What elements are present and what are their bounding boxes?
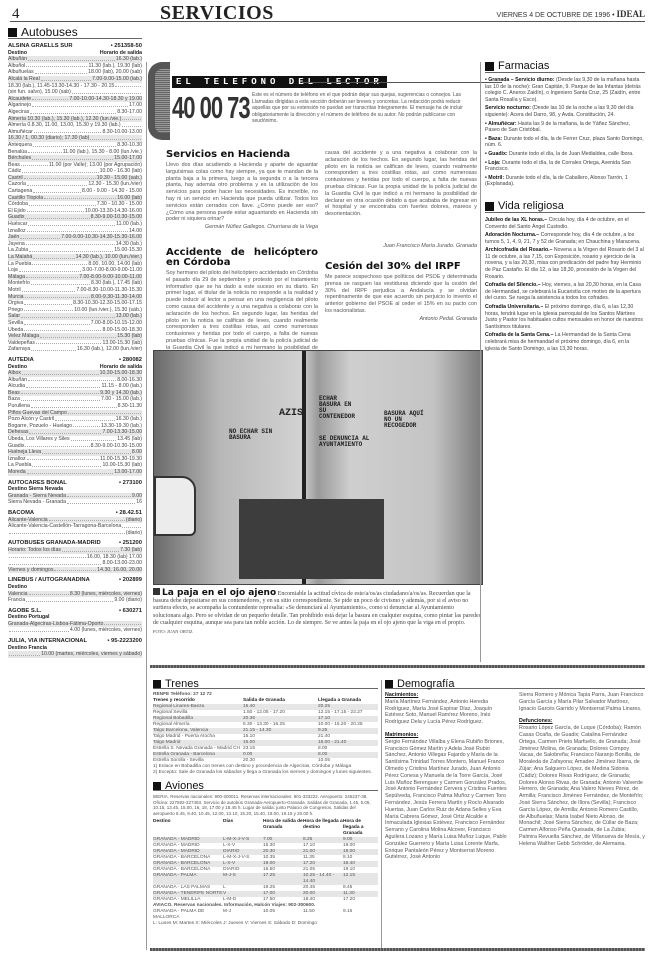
bus-company-header: AGOBE S.L.• 630271 bbox=[8, 608, 142, 615]
graffiti-text: SE DENUNCIA AL AYUNTAMIENTO bbox=[319, 436, 374, 448]
departure-times: 17.00 bbox=[129, 102, 142, 109]
autobuses-heading: Autobuses bbox=[8, 28, 142, 39]
bus-route-row: Albuñol11.30 (lab.), 19.30 (lab) bbox=[8, 63, 142, 70]
leader-dots bbox=[55, 416, 115, 421]
departure-times: 8.00-13.00-23.00 bbox=[102, 560, 142, 567]
destination: Albuñán bbox=[8, 377, 27, 384]
destination: Benalúa bbox=[8, 149, 27, 156]
destination: Salar bbox=[8, 313, 20, 320]
square-bullet-icon bbox=[385, 680, 393, 688]
leader-dots bbox=[40, 333, 116, 338]
destination: Alicante-Valencia-Castellón-Tarragona-Ba… bbox=[8, 523, 121, 530]
departure-times: 7.00-9.00-10.30-14.30-15.30-16.00 bbox=[61, 234, 142, 241]
demografia-col-2: Sierra Romero y Mónica Tapia Parra, Juan… bbox=[519, 692, 645, 947]
bus-route-row: Dehesas7.00-13.30-15.00 bbox=[8, 429, 142, 436]
leader-dots bbox=[26, 383, 100, 388]
news-photo: NO ECHAR SIN BASURA AZIS ECHAR BASURA EN… bbox=[153, 350, 483, 585]
bus-route-row: Moreda13.00-17.00 bbox=[8, 469, 142, 476]
company-phone: • 95-2223200 bbox=[107, 638, 142, 645]
leader-dots bbox=[33, 188, 81, 193]
departure-times: (diario) bbox=[126, 517, 142, 524]
bus-route-row: Úbeda8.00-15.00-18.30 bbox=[8, 327, 142, 334]
bus-route-row: Córdoba7.30 - 10.30 - 15.00 bbox=[8, 201, 142, 208]
bus-route-row: Granada-Algeciras-Lisboa-Fátima-Oporto bbox=[8, 621, 142, 628]
farmacias-item: Servicio nocturno: (Desde las 10 de la n… bbox=[485, 105, 645, 118]
article-irpf: Cesión del 30% del IRPF Me parece sospec… bbox=[325, 262, 477, 323]
destination: Dehesas bbox=[8, 429, 28, 436]
departure-times: 7.30 - 10.30 - 15.00 bbox=[97, 201, 142, 208]
item-label: • Almuñécar: bbox=[485, 121, 517, 127]
bus-route-row: Antequera8.30-10.30 bbox=[8, 142, 142, 149]
departure-times: 9.00 (diario) bbox=[114, 597, 142, 604]
leader-dots bbox=[115, 83, 141, 88]
defunciones-text: Rosario López García, de Luque (Córdoba)… bbox=[519, 725, 645, 847]
item-text: Durante todo el día, la de Caballero, Al… bbox=[485, 175, 628, 188]
company-phone: • 251200 bbox=[119, 540, 142, 547]
leader-dots bbox=[25, 214, 89, 219]
destination: Castril bbox=[8, 175, 23, 182]
destination: Bérchules bbox=[8, 155, 31, 162]
leader-dots bbox=[41, 76, 91, 81]
departure-times: 10.00 - 16.30 (lab) bbox=[100, 168, 142, 175]
destination: Guadix bbox=[8, 443, 24, 450]
bus-route-row: Sevilla7.00-8.00-10.15-12.00 bbox=[8, 320, 142, 327]
trenes-heading: Trenes bbox=[153, 680, 378, 689]
trenes-aviones-section: Trenes RENFE Teléfono: 27 12 72 Trenes y… bbox=[153, 680, 378, 927]
destination: Cartagena bbox=[8, 188, 32, 195]
farmacias-item: • Almuñécar: Hasta las 9 de la mañana, l… bbox=[485, 121, 645, 134]
destination: Málaga bbox=[8, 274, 25, 281]
newspaper-brand: IDEAL bbox=[616, 9, 645, 19]
nacimientos-label: Nacimientos: bbox=[385, 692, 418, 698]
bus-company-header: ALSINA GRAELLS SUR• 251358-50 bbox=[8, 43, 142, 50]
leader-dots bbox=[31, 403, 117, 408]
company-name: AUTEDIA bbox=[8, 357, 34, 364]
farmacias-list: • Granada – Servicio diurno: (Desde las … bbox=[485, 77, 645, 188]
destination: Cazorla bbox=[8, 181, 26, 188]
destination: Motril bbox=[8, 287, 21, 294]
bus-route-row: Guadix8.30-9.00-10.30-15.00 bbox=[8, 214, 142, 221]
leader-dots bbox=[29, 201, 96, 206]
destination: Almería 10.30 (lab.), 15.30 (lab.), 12.3… bbox=[8, 116, 121, 123]
bus-route-row: Motril7.00-8.30-10.00-11.30-15.30 bbox=[8, 287, 142, 294]
departure-times: 8.00, 10.00, 14.00 (lab) bbox=[88, 261, 142, 268]
leader-dots bbox=[26, 597, 113, 602]
item-label: Servicio nocturno: bbox=[485, 105, 531, 111]
column-divider bbox=[381, 680, 382, 950]
item-text: Durante todo el día, la de Ferrer Cruz, … bbox=[485, 136, 644, 149]
article-helicoptero-cont: causa del accidente y a una negativa a c… bbox=[325, 150, 477, 250]
bus-route-row: Cartagena8.00 - 9.00 - 14.30 - 15.00 bbox=[8, 188, 142, 195]
issue-date: VIERNES 4 DE OCTUBRE DE 1996 • IDEAL bbox=[497, 9, 645, 19]
bus-route-row: Montefrío8.30 (lab.), 17.45 (lab) bbox=[8, 280, 142, 287]
departure-times: 11.00 (lab.), 15.30 - 8.00 (lun./vie.) bbox=[63, 149, 142, 156]
destination: Bogarre, Pozuelo - Huelago bbox=[8, 423, 72, 430]
departure-times: 8.30-9.00-10.30-15.00 bbox=[91, 443, 142, 450]
destination: Úbeda, Los Villares y Siles bbox=[8, 436, 70, 443]
destination: Beas bbox=[8, 390, 20, 397]
departure-times: 7.00-10.00-14.30-18.30 y 19.00 bbox=[69, 96, 142, 103]
leader-dots bbox=[122, 523, 141, 528]
departure-times: 8.00 bbox=[132, 449, 142, 456]
bus-route-row: Almería 0.8.30, 11.00, 13.00, 15.30 y 19… bbox=[8, 122, 142, 129]
article-title: Servicios en Hacienda bbox=[166, 150, 318, 160]
departure-times: 14.30 (lab.), 10.00 (lun./vier.) bbox=[76, 254, 142, 261]
destination: Castillo Tiopola bbox=[8, 195, 43, 202]
square-bullet-icon bbox=[485, 62, 494, 71]
bus-route-row: Jaén7.00-9.00-10.30-14.30-15.30-16.00 bbox=[8, 234, 142, 241]
company-name: JULIA, VIA INTERNACIONAL bbox=[8, 638, 87, 645]
departure-times: 15.00-15.30 bbox=[114, 247, 142, 254]
item-label: Archicofradía del Rosario.– bbox=[485, 247, 552, 253]
destination: 18.30 (lab.), 11.45-13.30-14.30 - 17.30 … bbox=[8, 83, 114, 90]
leader-dots bbox=[25, 294, 90, 299]
farmacias-heading: Farmacias bbox=[485, 62, 645, 73]
leader-dots bbox=[54, 567, 96, 572]
company-name: AUTOBUSES GRANADA-MADRID bbox=[8, 540, 101, 547]
column-divider bbox=[480, 62, 481, 662]
matrimonios-text: Sergio Fernández Villalba y Elena Rubiño… bbox=[385, 739, 511, 861]
leader-dots bbox=[72, 89, 141, 94]
destination: Jayena bbox=[8, 241, 25, 248]
destination: Pozo Alcón y Castril bbox=[8, 416, 54, 423]
leader-dots bbox=[90, 135, 141, 140]
leader-dots bbox=[31, 346, 76, 351]
leader-dots bbox=[32, 102, 128, 107]
leader-dots bbox=[19, 267, 81, 272]
leader-dots bbox=[24, 175, 96, 180]
leader-dots bbox=[67, 499, 135, 504]
leader-dots bbox=[28, 221, 115, 226]
bus-route-row: Viernes y domingos14.30, 16.00, 20.00 bbox=[8, 567, 142, 574]
bus-route-row: Albuñán16.30 (lab.) bbox=[8, 56, 142, 63]
destination: Huéscar bbox=[8, 221, 27, 228]
destination: Alcalá la Real bbox=[8, 76, 40, 83]
bus-route-row: Úbeda, Los Villares y Siles13.45 (lab) bbox=[8, 436, 142, 443]
departure-times: 14.00 bbox=[129, 228, 142, 235]
bus-route-row: Benalúa11.00 (lab.), 15.30 - 8.00 (lun./… bbox=[8, 149, 142, 156]
leader-dots bbox=[73, 423, 100, 428]
religiosa-item: Cofradía Universitaria.– El próximo domi… bbox=[485, 304, 645, 330]
leader-dots bbox=[21, 390, 99, 395]
bus-route-row: La Puebla8.00, 10.00, 14.00 (lab) bbox=[8, 261, 142, 268]
destination: Algarinejo bbox=[8, 102, 31, 109]
departure-times: 13.30-19.30 (lab.) bbox=[101, 423, 142, 430]
bus-route-row: Iznalloz11.00-15.30-19.30 bbox=[8, 456, 142, 463]
departure-times: 10.00-13.30-14.30-16.00 bbox=[85, 208, 142, 215]
item-label: Jubileo de las XL horas.– bbox=[485, 217, 547, 223]
leader-dots bbox=[22, 287, 76, 292]
leader-dots bbox=[24, 320, 89, 325]
departure-times: 10.00-15.30 (lab) bbox=[102, 462, 142, 469]
square-bullet-icon bbox=[8, 28, 17, 37]
destination: Purullena bbox=[8, 403, 30, 410]
destination: Córdoba bbox=[8, 201, 28, 208]
destination: Piños Guevas del Campo bbox=[8, 410, 67, 417]
leader-dots bbox=[31, 280, 90, 285]
destination: Montefrío bbox=[8, 280, 30, 287]
bus-route-row: 16.00, 18.30 (lab) 17.00 bbox=[8, 554, 142, 561]
religiosa-item: Jubileo de las XL horas.– Circula hoy, d… bbox=[485, 217, 645, 230]
departure-times: 8.00-16.30 bbox=[117, 377, 142, 384]
departure-times: 7.00-9.00-15.00 (lab.) bbox=[92, 76, 142, 83]
departure-times: 7.00-8.00-10.15-12.00 bbox=[91, 320, 142, 327]
destination: (sin fun. salvo), 15.00 (sab) bbox=[8, 89, 71, 96]
article-body: Me parece sospechoso que políticos del P… bbox=[325, 274, 477, 315]
article-title: Cesión del 30% del IRPF bbox=[325, 262, 477, 272]
destination: Beas bbox=[8, 162, 20, 169]
bus-route-row: Beas9.30 y 14.30 (lab.) bbox=[8, 390, 142, 397]
departure-times: 15.30 (lab) bbox=[117, 333, 142, 340]
destination: La Zubia bbox=[8, 247, 28, 254]
destination: Horario: Todos los días bbox=[8, 547, 61, 554]
aviaco-row: GRANADA - PALMA DE MALLORCAM-J10.0511.50… bbox=[153, 909, 378, 921]
leader-dots bbox=[20, 234, 60, 239]
religiosa-list: Jubileo de las XL horas.– Circula hoy, d… bbox=[485, 217, 645, 352]
leader-dots bbox=[9, 530, 125, 535]
telephone-handset-icon bbox=[148, 62, 170, 140]
leader-dots bbox=[34, 129, 102, 134]
nacimientos-text: María Martínez Fernández, Antonio Heredi… bbox=[385, 699, 511, 726]
article-helicoptero: Accidente de helicóptero en Córdoba Soy … bbox=[166, 248, 318, 358]
bus-route-row: Loja3.00-7.00-8.00-9.00-11.00 bbox=[8, 267, 142, 274]
section-divider-bar bbox=[150, 665, 645, 668]
bus-route-row: Alcalá la Real7.00-9.00-15.00 (lab.) bbox=[8, 76, 142, 83]
page-header: 4 SERVICIOS VIERNES 4 DE OCTUBRE DE 1996… bbox=[10, 0, 645, 22]
aviones-table: GRANADA - MADRIDL-M-X-J-V-S7.008.259.00G… bbox=[153, 837, 378, 903]
bus-route-row: 16.30 / 1, 00.30 (diario); 17.30 (lab) bbox=[8, 135, 142, 142]
bus-table-header: Destino Francia bbox=[8, 645, 142, 652]
destination: La Malahá bbox=[8, 254, 32, 261]
departure-times: 9.30 y 14.30 (lab.) bbox=[100, 390, 142, 397]
destination: Albuñán bbox=[8, 56, 27, 63]
leader-dots bbox=[32, 96, 68, 101]
bus-route-row: Almería 10.30 (lab.), 15.30 (lab.), 12.3… bbox=[8, 116, 142, 123]
bus-route-row: Murcia8.00-9.30-11.30-14.00 bbox=[8, 294, 142, 301]
destination: Valdepeñas bbox=[8, 340, 35, 347]
leader-dots bbox=[62, 547, 119, 552]
departure-times: 8.30 (lunes, miércoles, viernes) bbox=[70, 591, 142, 598]
bus-route-row: Salar13.00 (lab.) bbox=[8, 313, 142, 320]
destination: Iznalloz bbox=[8, 456, 26, 463]
item-label: Adoración Nocturna.– bbox=[485, 232, 539, 238]
leader-dots bbox=[29, 247, 113, 252]
days-legend: L: Lunes M: Martes X: Miércoles J: Jueve… bbox=[153, 921, 378, 927]
destination: Huéneja Lleva bbox=[8, 449, 41, 456]
leader-dots bbox=[27, 181, 87, 186]
destination: Granada-Algeciras-Lisboa-Fátima-Oporto bbox=[8, 621, 103, 628]
leader-dots bbox=[26, 241, 115, 246]
bus-company-header: BACOMA• 28.42.51 bbox=[8, 510, 142, 517]
departure-times: 10.30-15.00-18.30 bbox=[100, 370, 142, 377]
bus-route-row: Horario: Todos los días7.30 (lab) bbox=[8, 547, 142, 554]
leader-dots bbox=[68, 410, 141, 415]
departure-times: 11.30 (lab.), 19.30 (lab) bbox=[88, 63, 142, 70]
matrimonios-text-cont: Sierra Romero y Mónica Tapia Parra, Juan… bbox=[519, 692, 645, 712]
company-phone: • 273100 bbox=[119, 480, 142, 487]
graffiti-text: NO ECHAR SIN BASURA bbox=[229, 429, 274, 441]
departure-times: 13.45 (lab) bbox=[117, 436, 142, 443]
departure-times: 16.00, 18.30 (lab) 17.00 bbox=[87, 554, 142, 561]
departure-times: 7.00 - 15.00 (lab.) bbox=[101, 396, 142, 403]
leader-dots bbox=[29, 591, 69, 596]
aviones-heading: Aviones bbox=[153, 782, 378, 791]
bus-route-row: Priego10.00 (lun./vier.), 15.30 (sáb.) bbox=[8, 307, 142, 314]
departure-times: 12.30 - 15.30 (lun./vier) bbox=[88, 181, 142, 188]
company-name: AUTOCARES BONAL bbox=[8, 480, 67, 487]
destination: Velez Málaga bbox=[8, 333, 39, 340]
leader-dots bbox=[49, 517, 125, 522]
leader-dots bbox=[33, 142, 116, 147]
column-divider bbox=[146, 62, 147, 950]
company-name: LINEBUS / AUTOGRANADINA bbox=[8, 577, 90, 584]
item-text: Durante todo el día, la de Corrales Orte… bbox=[485, 160, 631, 173]
destination: Baza bbox=[8, 396, 20, 403]
matrimonios-label: Matrimonios: bbox=[385, 732, 418, 738]
leader-dots bbox=[35, 69, 87, 74]
departure-times: 16 bbox=[136, 499, 142, 506]
leader-dots bbox=[67, 493, 131, 498]
religiosa-heading: Vida religiosa bbox=[485, 202, 645, 213]
destination: Úbeda bbox=[8, 327, 23, 334]
departure-times: 7.00-8.00-9.00-10.00-11.00 bbox=[79, 274, 142, 281]
bus-route-row: Iznalloz14.00 bbox=[8, 228, 142, 235]
company-name: AGOBE S.L. bbox=[8, 608, 42, 615]
leader-dots bbox=[24, 300, 72, 305]
demografia-heading: Demografía bbox=[385, 680, 645, 689]
bus-route-row: La Puebla10.00-15.30 (lab) bbox=[8, 462, 142, 469]
destination: Albox bbox=[8, 370, 21, 377]
square-bullet-icon bbox=[153, 588, 160, 595]
religiosa-item: Cofradía del Silencio.– Hoy, viernes, a … bbox=[485, 282, 645, 302]
item-label: • Baza: bbox=[485, 136, 502, 142]
destination: Alcaudete bbox=[8, 96, 31, 103]
company-phone: • 28.42.51 bbox=[116, 510, 142, 517]
demografia-section: Demografía Nacimientos: María Martínez F… bbox=[385, 680, 645, 947]
departure-times: 13.00 (lab.) bbox=[116, 313, 142, 320]
article-signature: Antonio Pedal. Granada bbox=[325, 316, 477, 323]
leader-dots bbox=[22, 168, 98, 173]
destination: Sierra Nevada - Granada bbox=[8, 499, 66, 506]
leader-dots bbox=[27, 469, 114, 474]
article-signature: Germán Núñez Gallegos. Churriana de la V… bbox=[166, 224, 318, 231]
bus-route-row: 18.30 (lab.), 11.45-13.30-14.30 - 17.30 … bbox=[8, 83, 142, 90]
leader-dots bbox=[28, 377, 116, 382]
departure-times: 8.30 (lab.), 17.45 (lab) bbox=[91, 280, 142, 287]
bus-table-header: Destino Portugal bbox=[8, 614, 142, 621]
bottom-divider-bar bbox=[150, 948, 645, 951]
departure-times: 13.00-15.30 (lab) bbox=[102, 340, 142, 347]
departure-times: 16.30 (lab.) bbox=[116, 416, 142, 423]
aviones-table-header: DestinoDíasHora de salida de GranadaHora… bbox=[153, 819, 378, 837]
leader-dots bbox=[24, 327, 101, 332]
article-title: Accidente de helicóptero en Córdoba bbox=[166, 248, 318, 268]
leader-dots bbox=[42, 449, 131, 454]
destination: El Ejido bbox=[8, 208, 26, 215]
bus-route-row: Alcaudete7.00-10.00-14.30-18.30 y 19.00 bbox=[8, 96, 142, 103]
bus-route-row: Castril10.30 - 15.00 (sab.) bbox=[8, 175, 142, 182]
leader-dots bbox=[27, 456, 99, 461]
photo-caption: La paja en el ojo ajeno Encomiable la ac… bbox=[153, 588, 483, 635]
graffiti-text: AZIS bbox=[279, 411, 303, 417]
farmacias-item: • Motril: Durante todo el día, la de Cab… bbox=[485, 175, 645, 188]
bus-route-row: Beas11.00 (por Valle); 13.00 (por Agrupa… bbox=[8, 162, 142, 169]
leader-dots bbox=[122, 122, 141, 127]
bus-route-row: Albuñuelas18.00 (lab), 20.00 (sab) bbox=[8, 69, 142, 76]
section-title: SERVICIOS bbox=[160, 2, 274, 25]
bus-route-row: Órgiva8.30-10.30-12.30-15.00-17.15 bbox=[8, 300, 142, 307]
bus-route-row: Huéscar11.00 (lab.) bbox=[8, 221, 142, 228]
bus-route-row: Algeciras8.30-17.00 bbox=[8, 109, 142, 116]
destination: 16.30 / 1, 00.30 (diario); 17.30 (lab) bbox=[8, 135, 89, 142]
leader-dots bbox=[9, 651, 40, 656]
item-text: Durante todo el día, la de Juan Medialde… bbox=[509, 151, 634, 157]
leader-dots bbox=[27, 228, 128, 233]
departure-times: 10.00 (lun./vier.), 15.30 (sáb.) bbox=[74, 307, 142, 314]
leader-dots bbox=[104, 621, 141, 626]
bus-route-row: Málaga7.00-8.00-9.00-10.00-11.00 bbox=[8, 274, 142, 281]
leader-dots bbox=[32, 261, 87, 266]
article-hacienda: Servicios en Hacienda Llevo dos días acu… bbox=[166, 150, 318, 231]
photo-credit: FOTO: JUAN ORTIZ bbox=[153, 628, 483, 635]
farmacias-item: • Baza: Durante todo el día, la de Ferre… bbox=[485, 136, 645, 149]
departure-times: 18.00 (lab), 20.00 (sab) bbox=[88, 69, 142, 76]
bus-route-row: Alicante-Valencia(diario) bbox=[8, 517, 142, 524]
farmacias-item: • Granada – Servicio diurno: (Desde las … bbox=[485, 77, 645, 103]
destination: Alcudia bbox=[8, 383, 25, 390]
bus-route-row: Cádiz10.00 - 16.30 (lab) bbox=[8, 168, 142, 175]
leader-dots bbox=[122, 116, 141, 121]
bus-route-row: Castillo Tiopola16.00 (lab) bbox=[8, 195, 142, 202]
leader-dots bbox=[27, 208, 84, 213]
destination: Zafarraya bbox=[8, 346, 30, 353]
demografia-col-1: Nacimientos: María Martínez Fernández, A… bbox=[385, 692, 511, 947]
destination: Algeciras bbox=[8, 109, 29, 116]
departure-times: 8.00-9.30-11.30-14.00 bbox=[91, 294, 142, 301]
bus-route-row: La Malahá14.30 (lab.), 10.00 (lun./vier.… bbox=[8, 254, 142, 261]
departure-times: 8.30-10.30-12.30-15.00-17.15 bbox=[73, 300, 142, 307]
destination: Alicante-Valencia bbox=[8, 517, 48, 524]
leader-dots bbox=[24, 307, 73, 312]
bus-route-row: Albox10.30-15.00-18.30 bbox=[8, 370, 142, 377]
item-label: • Loja: bbox=[485, 160, 501, 166]
destination: Iznalloz bbox=[8, 228, 26, 235]
bus-route-row: Granada - Sierra Nevada9.00 bbox=[8, 493, 142, 500]
bus-route-row: 4.00 (lunes, miércoles, viernes) bbox=[8, 627, 142, 634]
leader-dots bbox=[21, 396, 100, 401]
article-body: Soy hermano del piloto del helicóptero a… bbox=[166, 270, 318, 358]
bus-route-row: Francia9.00 (diario) bbox=[8, 597, 142, 604]
bus-route-row: Purullena8.30-11.30 bbox=[8, 403, 142, 410]
departure-times: 8.30-11.30 bbox=[118, 403, 142, 410]
bus-route-row: Valdepeñas13.00-15.30 (lab) bbox=[8, 340, 142, 347]
bus-route-row: Cazorla12.30 - 15.30 (lun./vier) bbox=[8, 181, 142, 188]
company-phone: • 202899 bbox=[119, 577, 142, 584]
leader-dots bbox=[26, 274, 78, 279]
bus-route-row: Bérchules15.00-17.00 bbox=[8, 155, 142, 162]
bus-route-row: Zafarraya16.30 (lab.), 12.00 (lun./vier) bbox=[8, 346, 142, 353]
photo-garbage-bins bbox=[239, 499, 384, 579]
bus-route-row: Jayena14.30 (lab.) bbox=[8, 241, 142, 248]
leader-dots bbox=[25, 443, 89, 448]
departure-times: 7.00-13.30-15.00 bbox=[102, 429, 142, 436]
destination: Almería 0.8.30, 11.00, 13.00, 15.30 y 19… bbox=[8, 122, 121, 129]
departure-times: 8.30-10.00-13.00 bbox=[102, 129, 142, 136]
departure-times: 11.00-15.30-19.30 bbox=[100, 456, 142, 463]
departure-times: (diario) bbox=[126, 530, 142, 537]
leader-dots bbox=[9, 627, 69, 632]
departure-times: 8.30-10.30 bbox=[117, 142, 142, 149]
